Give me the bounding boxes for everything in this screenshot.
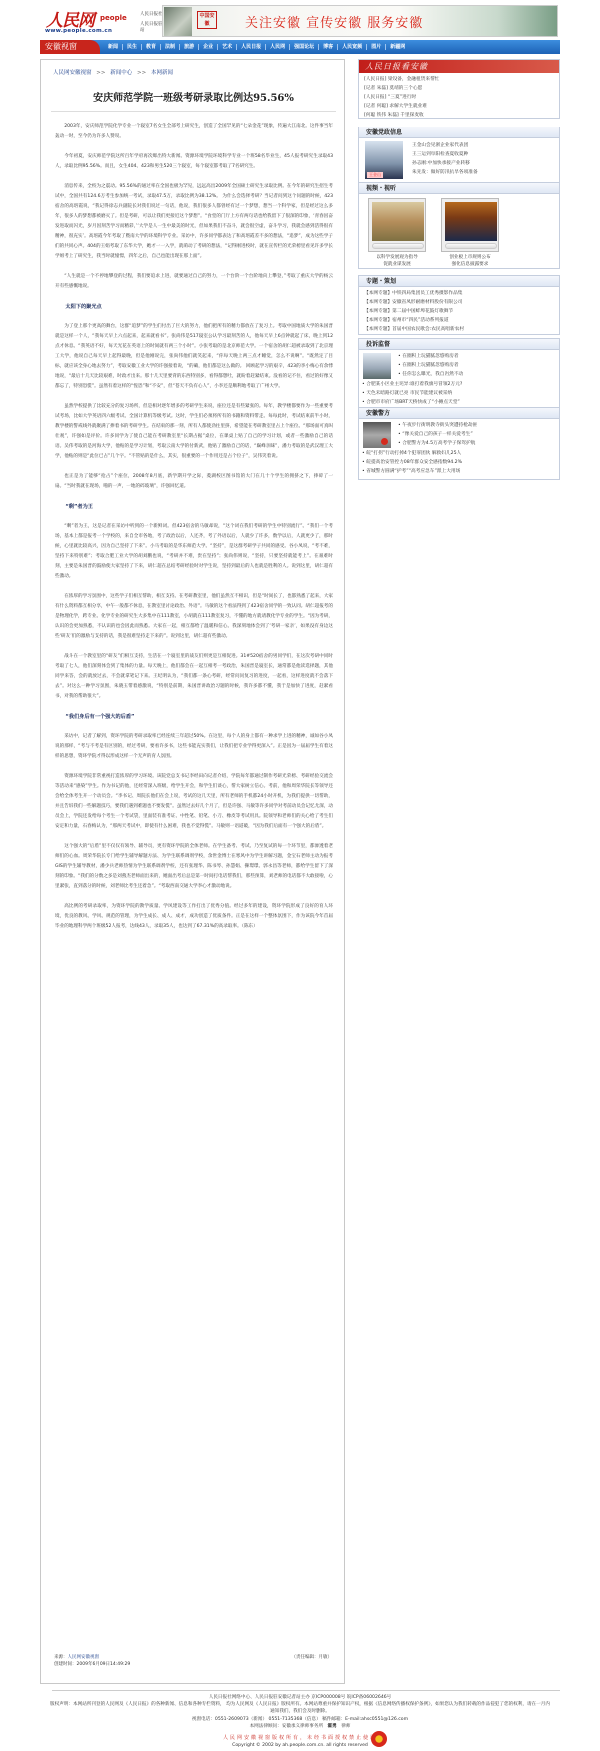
party-item[interactable]: 王金山会见浙企业家代表团 bbox=[407, 141, 478, 150]
special-item[interactable]: 【本网专题】首届中国农民歌会:农民高唱新农村 bbox=[359, 325, 559, 334]
police-item[interactable]: 皖提高治安管控力08年群众安全感指数94.2% bbox=[357, 458, 462, 467]
logo-people: people bbox=[100, 14, 127, 22]
footer-contact: 视窗电话：0551-2609073（新闻） 0551-7135368（信息） 稿… bbox=[40, 1716, 560, 1723]
complaint-img-item[interactable]: 任你怎么曝光，我自岿然不动 bbox=[393, 370, 463, 379]
police-photo[interactable] bbox=[363, 422, 391, 448]
nav-item-people-net[interactable]: 人民网 bbox=[266, 44, 290, 50]
rmrb-header: 人民日报看安徽 bbox=[359, 60, 559, 73]
complaint-item[interactable]: 合肥某小区业主诧异:谁打着我旗号冒领2万元? bbox=[357, 380, 462, 389]
video-header: 视频・视听 bbox=[359, 183, 559, 194]
banner-seal: 中国安徽 bbox=[197, 11, 217, 29]
nav-item-broadband[interactable]: 人民宽频 bbox=[338, 44, 367, 50]
video-thumbnail bbox=[372, 202, 424, 241]
footer-host: 人民日报社网络中心、人民日报驻安徽记者站主办 京ICP000008号 皖ICP备… bbox=[40, 1694, 560, 1701]
source-link[interactable]: 人民网安徽视窗 bbox=[68, 1655, 100, 1660]
breadcrumb-site-news[interactable]: 本网新闻 bbox=[151, 70, 173, 76]
complaint-img-item[interactable]: 在圈积上玩猫腻忽悠购房者 bbox=[393, 352, 463, 361]
nav-item-news[interactable]: 新闻 bbox=[104, 44, 123, 50]
video-player-2[interactable] bbox=[441, 198, 499, 252]
nav-item-blog[interactable]: 博客 bbox=[319, 44, 338, 50]
special-item[interactable]: 【本网专题】宿州市“四民”活动系列报道 bbox=[359, 316, 559, 325]
complaint-img-item[interactable]: 在圈积上玩猫腻忽悠购房者 bbox=[393, 361, 463, 370]
official-photo[interactable]: 王金山 bbox=[365, 141, 403, 179]
rmrb-item[interactable]: [记者 何聪] 求解大学生就业难 bbox=[359, 102, 559, 111]
police-img-item[interactable]: 合肥警方为4.5万高考学子保驾护航 bbox=[393, 439, 477, 448]
complaint-photo[interactable] bbox=[363, 353, 391, 379]
police-emblem-icon[interactable] bbox=[371, 1731, 387, 1747]
paragraph: “人生就是一个不停地攀登的过程，我们要追求上进，就要通过自己的努力，一个台阶一个… bbox=[55, 272, 333, 292]
paragraph: 今年初夏，安庆师范学院这所百年学府再次爆出特大新闻。资源环境学院环境科学专业一个… bbox=[55, 152, 333, 172]
article-panel: 人民网安徽视窗 >> 新闻中心 >> 本网新闻 安庆师范学院一班级考研录取比例达… bbox=[40, 59, 345, 1684]
rmrb-box: 人民日报看安徽 [人民日报] 梁设备，金融租赁来帮忙 [记者 朱磊] 莫靖的三个… bbox=[358, 59, 560, 119]
nav-item-education[interactable]: 教育 bbox=[142, 44, 161, 50]
rmrb-item[interactable]: [人民日报] “三夏”进行时 bbox=[359, 93, 559, 102]
logo-url: www.people.com.cn bbox=[45, 28, 112, 34]
video-player-1[interactable] bbox=[368, 198, 426, 252]
photo-caption: 王金山 bbox=[367, 172, 383, 178]
police-box: 安徽警方 午夜步行街明教寺街头突遭持枪劫匪 “像关爱自己的孩子一样关爱考生” 合… bbox=[358, 408, 560, 480]
police-img-item[interactable]: 午夜步行街明教寺街头突遭持枪劫匪 bbox=[393, 421, 477, 430]
breadcrumb: 人民网安徽视窗 >> 新闻中心 >> 本网新闻 bbox=[53, 68, 173, 76]
complaint-item[interactable]: 天色未暗路灯就已亮 市民节能建议被采纳 bbox=[357, 389, 462, 398]
section-heading: “剩”者为王 bbox=[65, 502, 333, 512]
rmrb-item[interactable]: [人民日报] 梁设备，金融租赁来帮忙 bbox=[359, 75, 559, 84]
article-title: 安庆师范学院一班级考研录取比例达95.56% bbox=[41, 89, 346, 104]
video-thumbnail bbox=[445, 202, 497, 241]
paragraph: 也正是为了能够“抢占”个座位，2008年8月底，新学期开学之际，菱湖校区图书馆的… bbox=[55, 472, 333, 492]
article-created: 创建时间：2009年6月09日14:49:29 bbox=[54, 1661, 332, 1668]
paragraph: “剩”者为王，这是记者在采访中听到的一个新鲜词。但423宿舍的马敏却说，“这个词… bbox=[55, 522, 333, 582]
complaint-box: 投诉监督 在圈积上玩猫腻忽悠购房者 在圈积上玩猫腻忽悠购房者 任你怎么曝光，我自… bbox=[358, 338, 560, 408]
article-source: 来源：人民网安徽视窗 bbox=[54, 1654, 332, 1661]
nav-item-xinjiang[interactable]: 新疆网 bbox=[386, 44, 409, 50]
police-header: 安徽警方 bbox=[359, 408, 559, 419]
police-img-item[interactable]: “像关爱自己的孩子一样关爱考生” bbox=[393, 430, 477, 439]
rmrb-item[interactable]: [记者 朱磊] 莫靖的三个心愿 bbox=[359, 84, 559, 93]
paragraph: 这个强大的“后盾”里不仅仅有领导、辅导员，更有资环学院的全体老师。在学生备考、考… bbox=[55, 842, 333, 892]
nav-item-forum[interactable]: 强国论坛 bbox=[290, 44, 319, 50]
party-item[interactable]: 王三运到阜阳检查夏收夏种 bbox=[407, 150, 478, 159]
breadcrumb-sep: >> bbox=[96, 70, 105, 76]
paragraph: 为了登上那个更高的舞台，这群“追梦”的学生们付出了巨大的努力，他们把所有的精力都… bbox=[55, 322, 333, 392]
banner-ad[interactable]: 中国安徽 关注安徽 宣传安徽 服务安徽 bbox=[162, 5, 558, 37]
nav-item-enterprise[interactable]: 企业 bbox=[199, 44, 218, 50]
special-item[interactable]: 【本网专题】安徽省凤形耐磨材料股份有限公司 bbox=[359, 298, 559, 307]
banner-slogan: 关注安徽 宣传安徽 服务安徽 bbox=[245, 12, 423, 31]
article-body: 2003年，安庆师范学院化学专业一个寝室7名女生全部考上研究生，创造了全国罕见的… bbox=[55, 122, 333, 942]
main-nav: 安徽视窗 新闻 民生 教育 法制 旅游 企业 艺术 人民日报 人民网 强国论坛 … bbox=[40, 40, 560, 54]
complaint-item[interactable]: 合肥市市府广场BRT天桥快成了“小摊点天堂” bbox=[357, 398, 462, 407]
breadcrumb-news-center[interactable]: 新闻中心 bbox=[110, 70, 132, 76]
nav-item-art[interactable]: 艺术 bbox=[218, 44, 237, 50]
rmrb-item[interactable]: [何聪 铁伟 朱磊] 千里探麦收 bbox=[359, 111, 559, 120]
site-footer: 人民日报社网络中心、人民日报驻安徽记者站主办 京ICP000008号 皖ICP备… bbox=[40, 1694, 560, 1749]
breadcrumb-home[interactable]: 人民网安徽视窗 bbox=[53, 70, 92, 76]
party-item[interactable]: 朱先发：做好防汛抗旱各项准备 bbox=[407, 168, 478, 177]
nav-item-travel[interactable]: 旅游 bbox=[180, 44, 199, 50]
nav-item-peoples-daily[interactable]: 人民日报 bbox=[237, 44, 266, 50]
no-entry-sign-icon bbox=[381, 438, 388, 445]
nav-items: 新闻 民生 教育 法制 旅游 企业 艺术 人民日报 人民网 强国论坛 博客 人民… bbox=[104, 40, 409, 54]
video-caption-1[interactable]: 以科学发展观为指导 促就业谋发展 bbox=[364, 254, 430, 268]
party-header: 安徽党政信息 bbox=[359, 127, 559, 138]
footer-rights-cn: 人民网安徽视窗版权所有，未经书面授权禁止使用 bbox=[40, 1735, 560, 1742]
special-header: 专题・策划 bbox=[359, 276, 559, 287]
footer-copyright-notice: 版权声明：本网站所刊登的人民网及《人民日报》的各种新闻、信息和各种专栏资料， 均… bbox=[40, 1701, 560, 1715]
paragraph: 高比例的考研录取率，为资环学院的教学质量、学风建设等工作打出了优秀分值。经过多年… bbox=[55, 902, 333, 932]
sidebar: 人民日报看安徽 [人民日报] 梁设备，金融租赁来帮忙 [记者 朱磊] 莫靖的三个… bbox=[358, 59, 560, 659]
paragraph: 虽然学校提供了比较充分的复习场所，但是相对逐年增多的考研学生来说，座位还是有些紧… bbox=[55, 402, 333, 462]
police-item[interactable]: 省城警方圆满“护考”“高考应急车”派上大用场 bbox=[357, 467, 462, 476]
party-item[interactable]: 孙志刚:中加快承接产业转移 bbox=[407, 159, 478, 168]
site-header: 人民网 people www.people.com.cn 人民日报社网络中心 人… bbox=[40, 4, 560, 38]
nav-item-law[interactable]: 法制 bbox=[161, 44, 180, 50]
footer-legal: 本网法律顾问：安徽承义律师事务所 霍勇 律师 bbox=[40, 1723, 560, 1730]
nav-item-livelihood[interactable]: 民生 bbox=[123, 44, 142, 50]
video-controls[interactable] bbox=[372, 243, 424, 249]
paragraph: 战斗在一个教室里的“研友”们相互支持，生活在一个寝室里的战友们则更是互相促进。3… bbox=[55, 652, 333, 702]
nav-brand[interactable]: 安徽视窗 bbox=[40, 40, 100, 54]
breadcrumb-sep: >> bbox=[137, 70, 146, 76]
police-item[interactable]: 皖“打拐”行动打掉4个犯罪团伙 解救妇儿25人 bbox=[357, 449, 462, 458]
paragraph: 采访中，记者了解到，资环学院的考研录取率已经连续三年超过50%。在这里，每个人的… bbox=[55, 732, 333, 762]
article-editor: （责任编辑：月敏） bbox=[292, 1654, 333, 1661]
party-box: 安徽党政信息 王金山 王金山会见浙企业家代表团 王三运到阜阳检查夏收夏种 孙志刚… bbox=[358, 127, 560, 183]
video-controls[interactable] bbox=[445, 243, 497, 249]
video-caption-2[interactable]: 创业板上市规则公布 强化信息披露要求 bbox=[437, 254, 503, 268]
paragraph: 消息传来，全校为之震动。95.56%的通过率在全国也极为罕见，远远高出2009年… bbox=[55, 182, 333, 262]
paragraph: 2003年，安庆师范学院化学专业一个寝室7名女生全部考上研究生，创造了全国罕见的… bbox=[55, 122, 333, 142]
banner-landscape-image bbox=[164, 7, 192, 36]
title-divider bbox=[51, 111, 336, 112]
special-item[interactable]: 【本网专题】中铁四局集团员工优秀摄影作品集 bbox=[359, 289, 559, 298]
section-heading: 太阳下的聚光点 bbox=[65, 302, 333, 312]
section-heading: “我们身后有一个强大的后盾” bbox=[65, 712, 333, 722]
footer-divider bbox=[52, 1690, 560, 1691]
special-item[interactable]: 【本网专题】第二届中国蚌埠花鼓灯歌舞节 bbox=[359, 307, 559, 316]
special-box: 专题・策划 【本网专题】中铁四局集团员工优秀摄影作品集 【本网专题】安徽省凤形耐… bbox=[358, 275, 560, 335]
paragraph: 资源环境学院非常重视打造浓厚的学习环境。该院党总支书记李经田向记者介绍，学院每年… bbox=[55, 772, 333, 832]
footer-rights-en: Copyright © 2002 by ah.people.com.cn. al… bbox=[40, 1742, 560, 1749]
article-meta: 来源：人民网安徽视窗 创建时间：2009年6月09日14:49:29 （责任编辑… bbox=[54, 1654, 332, 1668]
paragraph: 在浓厚的学习氛围中，这些学子们相互帮助，相互支持。在考研教室里，他们虽然互不相识… bbox=[55, 592, 333, 642]
complaint-header: 投诉监督 bbox=[359, 339, 559, 350]
video-box: 视频・视听 以科学发展观为指导 促就业谋发展 创业板上市规则公布 强化信息披露要… bbox=[358, 183, 560, 269]
nav-item-photos[interactable]: 图片 bbox=[367, 44, 386, 50]
